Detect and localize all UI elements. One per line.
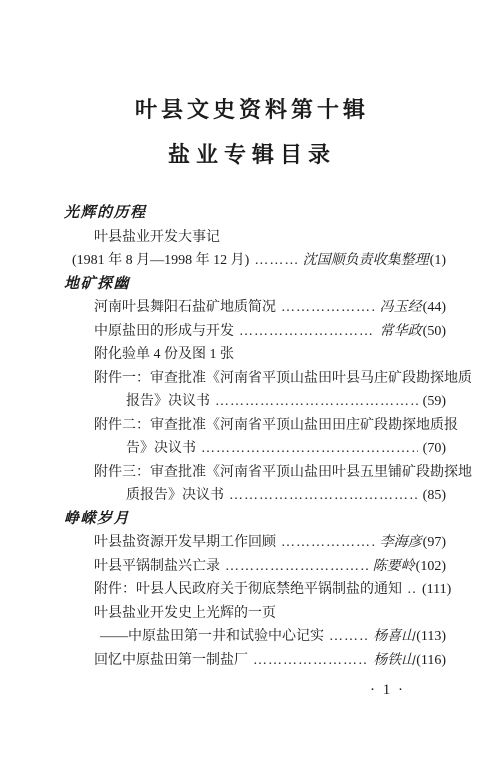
- toc-entry-title: 河南叶县舞阳石盐矿地质简况: [94, 296, 276, 320]
- toc-entry: 中原盐田的形成与开发 常华政 (50): [64, 320, 446, 344]
- toc-entry: 河南叶县舞阳石盐矿地质简况 冯玉经 (44): [64, 296, 446, 320]
- toc-entry-title: 附化验单 4 份及图 1 张: [94, 343, 234, 367]
- toc-entry: 回忆中原盐田第一制盐厂 杨铁山 (116): [64, 649, 446, 673]
- toc-page-number: (116): [416, 649, 446, 673]
- toc-entry: 叶县盐业开发大事记: [64, 226, 446, 250]
- toc-entry-title: 叶县盐业开发大事记: [94, 226, 220, 250]
- book-title: 叶县文史资料第十辑: [0, 95, 504, 125]
- toc-entry: 附件一：审查批准《河南省平顶山盐田叶县马庄矿段勘探地质: [64, 367, 446, 391]
- toc-entry: 附化验单 4 份及图 1 张: [64, 343, 446, 367]
- toc-page-number: (50): [423, 320, 446, 344]
- toc-page-number: (85): [423, 484, 446, 508]
- toc-author: 沈国顺负责收集整理: [303, 249, 429, 273]
- toc-entry-title: 附件一：审查批准《河南省平顶山盐田叶县马庄矿段勘探地质: [94, 367, 472, 391]
- toc-page-number: (97): [423, 531, 446, 555]
- toc-entry-title: 中原盐田的形成与开发: [94, 320, 234, 344]
- toc-author: 李海彦: [380, 531, 422, 555]
- toc-page-number: (1): [430, 249, 446, 273]
- dot-leader: [229, 484, 418, 508]
- toc-entry-title: 叶县平锅制盐兴亡录: [94, 555, 220, 579]
- toc-author: 陈要岭: [373, 555, 415, 579]
- toc-entry: 叶县平锅制盐兴亡录 陈要岭 (102): [64, 555, 446, 579]
- toc-page-number: (70): [423, 437, 446, 461]
- toc-entry: (1981 年 8 月—1998 年 12 月) 沈国顺负责收集整理 (1): [64, 249, 446, 273]
- dot-leader: [281, 531, 375, 555]
- toc-entry-title: 质报告》决议书: [126, 484, 224, 508]
- toc-section-heading-label: 地矿探幽: [64, 273, 130, 297]
- page-footer-number: · 1 ·: [370, 682, 405, 699]
- catalog-subtitle: 盐业专辑目录: [0, 141, 504, 169]
- dot-leader: [407, 578, 417, 602]
- toc-entry-title: 附件二：审查批准《河南省平顶山盐田田庄矿段勘探地质报: [94, 414, 458, 438]
- toc-author: 杨铁山: [373, 649, 415, 673]
- toc-entry: 叶县盐业开发史上光辉的一页: [64, 602, 446, 626]
- dot-leader: [329, 625, 368, 649]
- toc-page-number: (111): [422, 578, 451, 602]
- toc-entry-continuation: 告》决议书 (70): [64, 437, 446, 461]
- toc-page-number: (113): [416, 625, 446, 649]
- toc-entry: 附件：叶县人民政府关于彻底禁绝平锅制盐的通知 (111): [64, 578, 446, 602]
- toc-author: 杨喜山: [373, 625, 415, 649]
- dot-leader: [254, 249, 297, 273]
- dot-leader: [225, 555, 368, 579]
- table-of-contents: 光辉的历程 叶县盐业开发大事记 (1981 年 8 月—1998 年 12 月)…: [0, 169, 504, 672]
- toc-author: 常华政: [380, 320, 422, 344]
- toc-page-number: (59): [423, 390, 446, 414]
- toc-entry-title: 叶县盐业开发史上光辉的一页: [94, 602, 276, 626]
- dot-leader: [215, 390, 418, 414]
- toc-entry-title: 报告》决议书: [126, 390, 210, 414]
- dot-leader: [253, 649, 368, 673]
- toc-entry: 附件三：审查批准《河南省平顶山盐田叶县五里铺矿段勘探地: [64, 461, 446, 485]
- toc-entry-title: 附件三：审查批准《河南省平顶山盐田叶县五里铺矿段勘探地: [94, 461, 472, 485]
- dot-leader: [201, 437, 418, 461]
- toc-page-number: (44): [423, 296, 446, 320]
- toc-entry-subtitle: ——中原盐田第一井和试验中心记实 杨喜山 (113): [64, 625, 446, 649]
- toc-section-heading: 峥嵘岁月: [64, 508, 446, 532]
- toc-section-heading: 地矿探幽: [64, 273, 446, 297]
- dot-leader: [239, 320, 375, 344]
- scanned-book-page: 叶县文史资料第十辑 盐业专辑目录 光辉的历程 叶县盐业开发大事记 (1981 年…: [0, 0, 504, 761]
- dot-leader: [281, 296, 375, 320]
- toc-entry-title: 附件：叶县人民政府关于彻底禁绝平锅制盐的通知: [94, 578, 402, 602]
- toc-page-number: (102): [416, 555, 446, 579]
- toc-entry-title: ——中原盐田第一井和试验中心记实: [100, 625, 324, 649]
- toc-section-heading-label: 峥嵘岁月: [64, 508, 130, 532]
- toc-entry-title: 叶县盐资源开发早期工作回顾: [94, 531, 276, 555]
- toc-author: 冯玉经: [380, 296, 422, 320]
- toc-entry-title: 告》决议书: [126, 437, 196, 461]
- toc-section-heading-label: 光辉的历程: [64, 202, 147, 226]
- toc-entry: 叶县盐资源开发早期工作回顾 李海彦 (97): [64, 531, 446, 555]
- title-block: 叶县文史资料第十辑 盐业专辑目录: [0, 0, 504, 169]
- toc-section-heading: 光辉的历程: [64, 202, 446, 226]
- toc-entry-continuation: 报告》决议书 (59): [64, 390, 446, 414]
- toc-entry-title: 回忆中原盐田第一制盐厂: [94, 649, 248, 673]
- toc-entry: 附件二：审查批准《河南省平顶山盐田田庄矿段勘探地质报: [64, 414, 446, 438]
- toc-entry-continuation: 质报告》决议书 (85): [64, 484, 446, 508]
- toc-entry-date-range: (1981 年 8 月—1998 年 12 月): [72, 249, 249, 273]
